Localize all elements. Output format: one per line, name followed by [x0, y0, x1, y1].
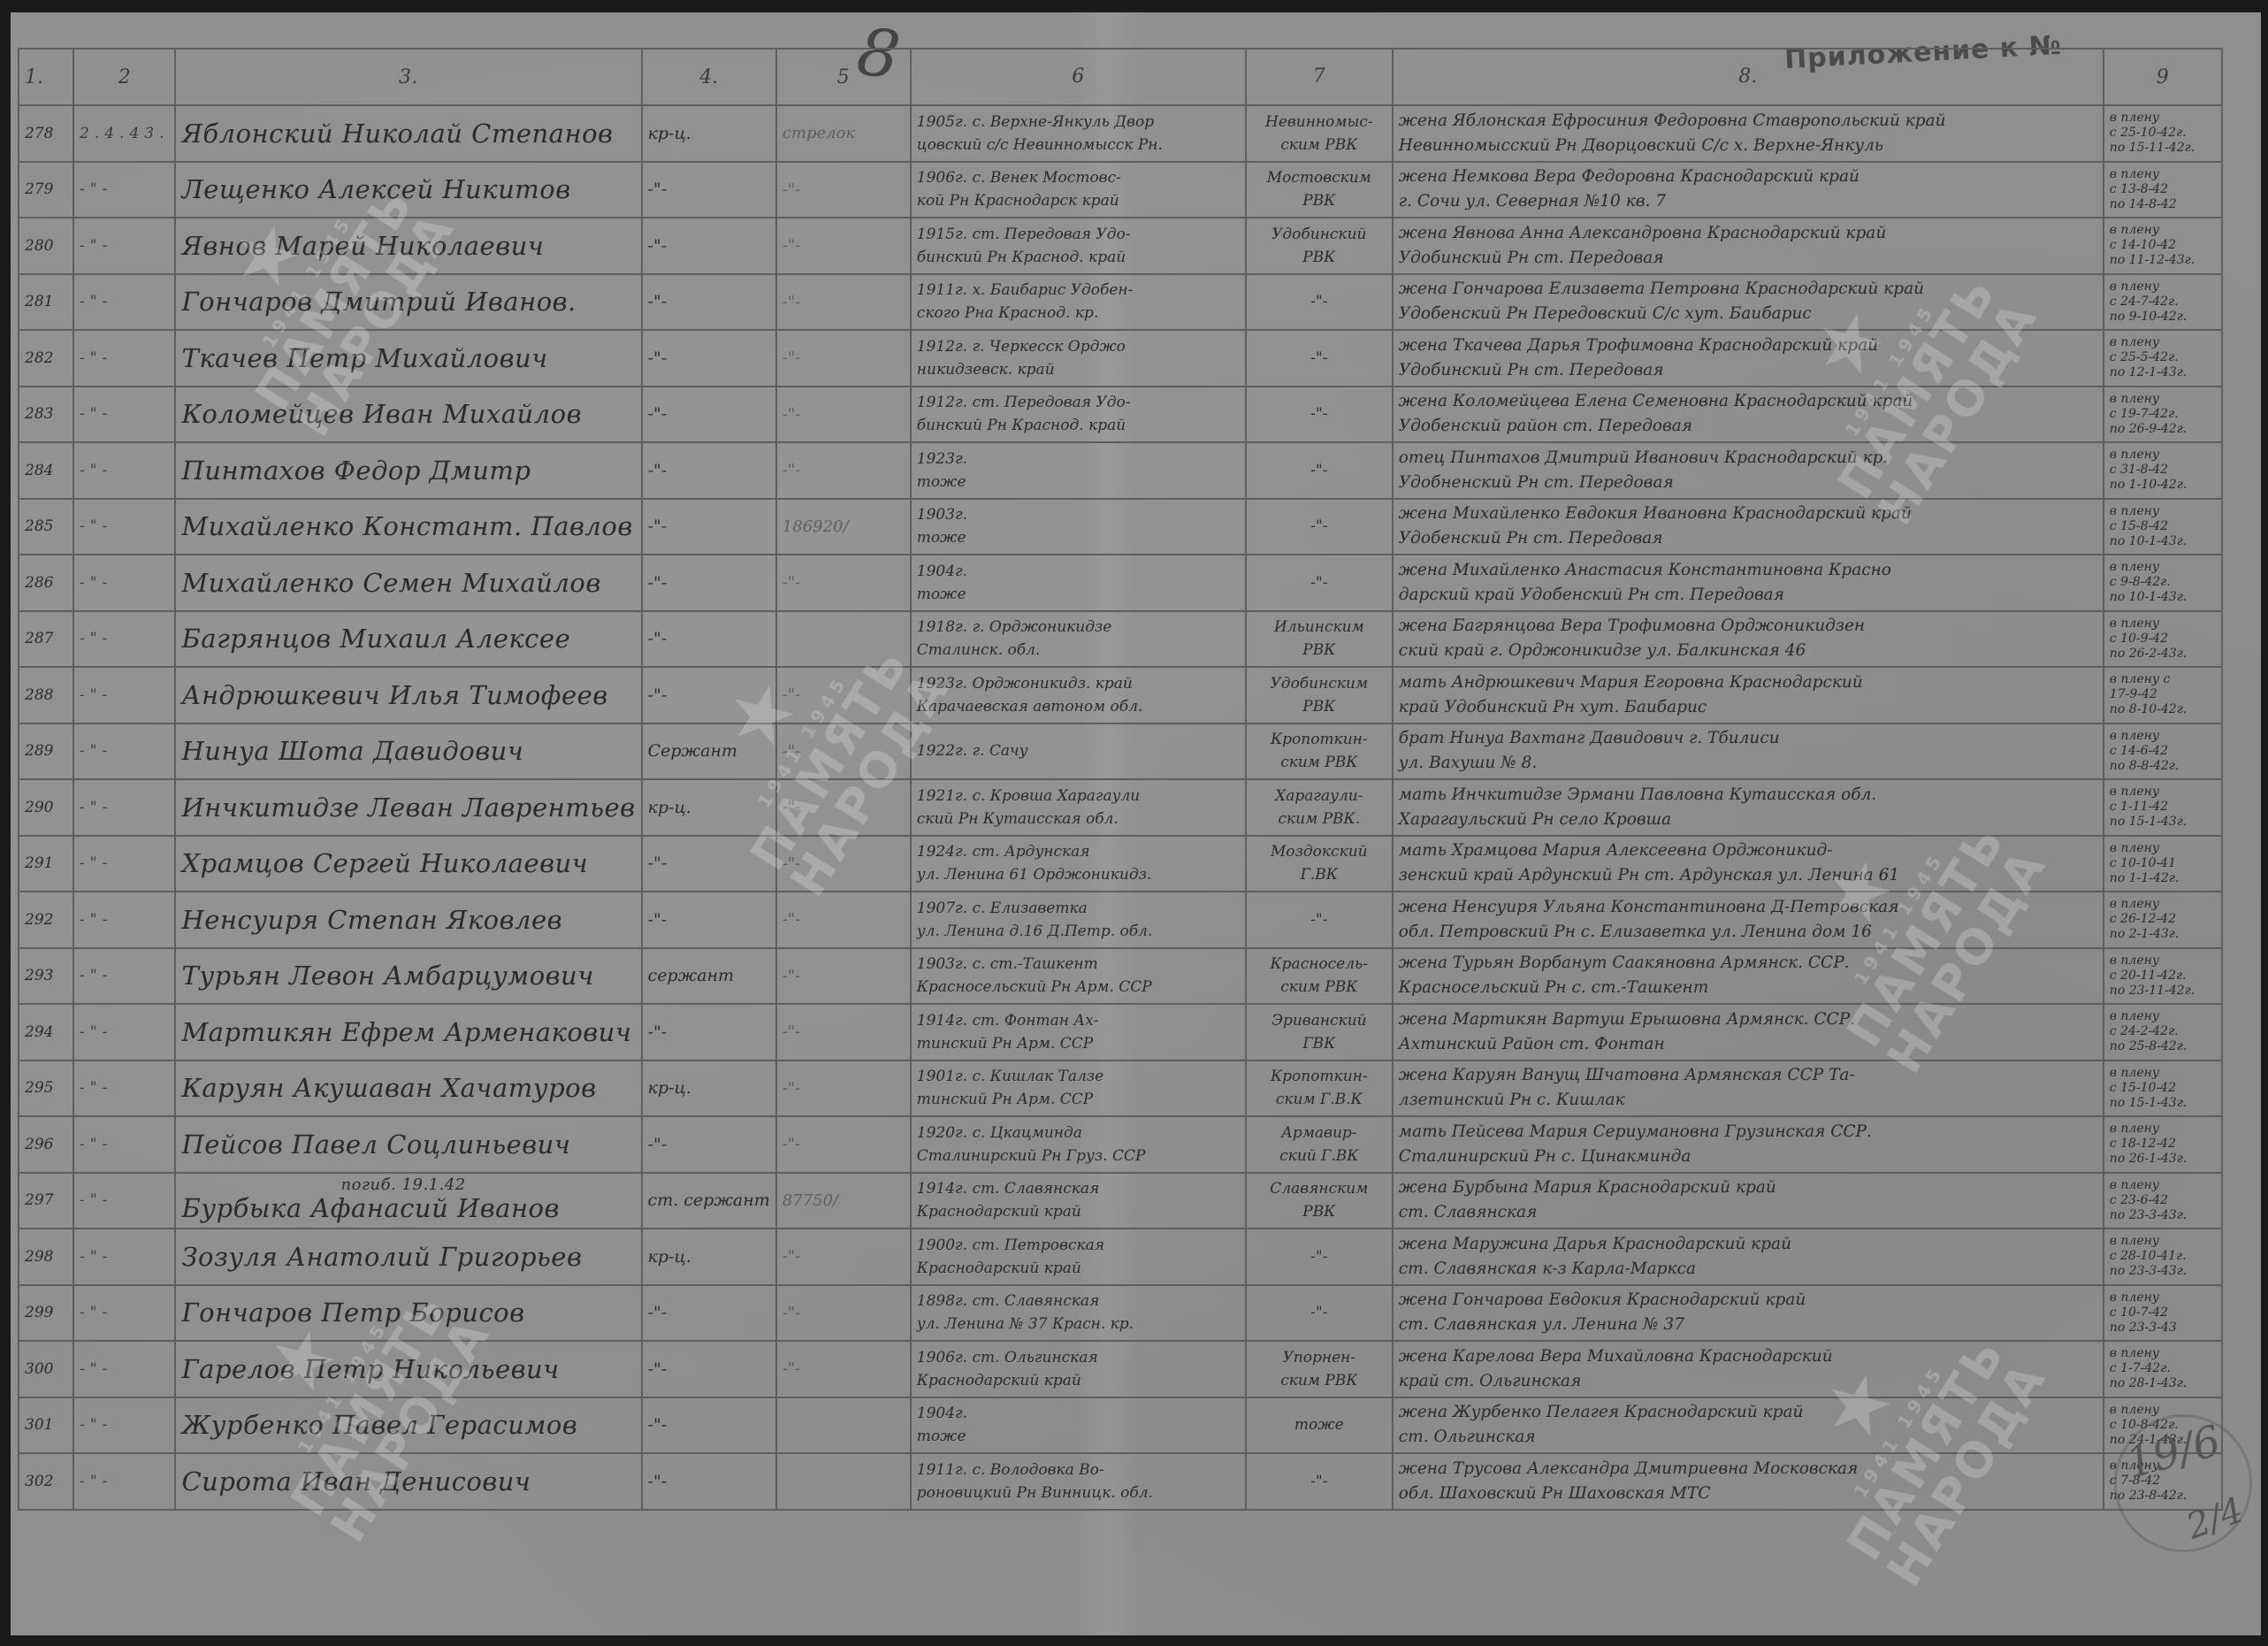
captivity-period-line: по 1-1-42г.: [2110, 871, 2216, 886]
captivity-period: в пленус 31-8-42по 1-10-42г.: [2104, 442, 2222, 499]
family-address-line: ский край г. Орджоникидзе ул. Балкинская…: [1399, 639, 2097, 663]
row-number: 279: [19, 162, 73, 218]
drafted-by-rvk: УдобинскийРВК: [1246, 218, 1393, 274]
birth-year-place: 1924г. ст. Ардунскаяул. Ленина 61 Орджон…: [911, 836, 1246, 892]
col-header-7: 7: [1246, 49, 1393, 105]
return-date: -"-: [73, 836, 175, 892]
family-address-line: зенский край Ардунский Рн ст. Ардунская …: [1399, 863, 2097, 888]
drafted-by-rvk-line: РВК: [1252, 189, 1386, 212]
position-or-record: -"-: [776, 555, 911, 611]
position-or-record: -"-: [776, 1060, 911, 1117]
family-address: мать Инчкитидзе Эрмани Павловна Кутаисск…: [1393, 779, 2104, 836]
birth-year-place-line: тоже: [917, 526, 1240, 549]
military-rank: -"-: [642, 387, 776, 443]
soldier-name: Гарелов Петр Никольевич: [175, 1341, 641, 1397]
return-date: -"-: [73, 1397, 175, 1454]
captivity-period-line: с 13-8-42: [2110, 182, 2216, 197]
family-address-line: г. Сочи ул. Северная №10 кв. 7: [1399, 189, 2097, 214]
captivity-period-line: в плену: [2110, 1122, 2216, 1137]
family-address: жена Ненсуиря Ульяна Константиновна Д-Пе…: [1393, 892, 2104, 948]
birth-year-place-line: 1920г. с. Цкацминда: [917, 1122, 1240, 1145]
birth-year-place-line: тоже: [917, 583, 1240, 606]
birth-year-place-line: 1918г. г. Орджоникидзе: [917, 616, 1240, 639]
column-number-row: 1. 2 3. 4. 5 6 7 8. 9: [19, 49, 2222, 105]
drafted-by-rvk-line: Моздокский: [1252, 840, 1386, 863]
family-address-line: лзетинский Рн с. Кишлак: [1399, 1088, 2097, 1113]
drafted-by-rvk: -"-: [1246, 1453, 1393, 1510]
birth-year-place-line: Краснодарский край: [917, 1257, 1240, 1280]
captivity-period-line: по 25-8-42г.: [2110, 1039, 2216, 1054]
birth-year-place: 1904г.тоже: [911, 1397, 1246, 1454]
captivity-period-line: в плену: [2110, 729, 2216, 744]
position-or-record: [776, 1453, 911, 1510]
soldier-name-text: Каруян Акушаван Хачатуров: [181, 1073, 596, 1103]
drafted-by-rvk-line: РВК: [1252, 246, 1386, 269]
soldier-name-text: Андрюшкевич Илья Тимофеев: [181, 680, 607, 710]
return-date: -"-: [73, 948, 175, 1005]
birth-year-place: 1914г. ст. Фонтан Ах-тинский Рн Арм. ССР: [911, 1004, 1246, 1060]
position-or-record: -"-: [776, 892, 911, 948]
table-row: 279-"-Лещенко Алексей Никитов-"--"-1906г…: [19, 162, 2222, 218]
military-rank: кр-ц.: [642, 1229, 776, 1285]
birth-year-place: 1898г. ст. Славянскаяул. Ленина № 37 Кра…: [911, 1285, 1246, 1342]
drafted-by-rvk: -"-: [1246, 330, 1393, 387]
military-rank: -"-: [642, 1341, 776, 1397]
family-address-line: ст. Славянская ул. Ленина № 37: [1399, 1313, 2097, 1337]
birth-year-place-line: ул. Ленина д.16 Д.Петр. обл.: [917, 920, 1240, 943]
birth-year-place-line: Сталинирский Рн Груз. ССР: [917, 1145, 1240, 1168]
family-address: жена Ткачева Дарья Трофимовна Краснодарс…: [1393, 330, 2104, 387]
captivity-period: в пленус 28-10-41г.по 23-3-43г.: [2104, 1229, 2222, 1285]
family-address-line: край ст. Ольгинская: [1399, 1369, 2097, 1394]
captivity-period-line: по 28-1-43г.: [2110, 1376, 2216, 1391]
captivity-period: в плену с17-9-42по 8-10-42г.: [2104, 667, 2222, 723]
soldier-name-text: Ткачев Петр Михайлович: [181, 343, 547, 373]
family-address-line: жена Яблонская Ефросиния Федоровна Ставр…: [1399, 109, 2097, 134]
captivity-period-line: в плену: [2110, 897, 2216, 912]
captivity-period-line: по 26-1-43г.: [2110, 1152, 2216, 1167]
birth-year-place-line: ул. Ленина 61 Орджоникидз.: [917, 863, 1240, 886]
captivity-period: в пленус 25-10-42г.по 15-11-42г.: [2104, 105, 2222, 162]
register-body: 2782.4.43.Яблонский Николай Степановкр-ц…: [19, 105, 2222, 1510]
captivity-period-line: с 10-7-42: [2110, 1305, 2216, 1321]
captivity-period-line: в плену: [2110, 953, 2216, 968]
position-or-record: -"-: [776, 330, 911, 387]
military-rank: ст. сержант: [642, 1173, 776, 1229]
birth-year-place: 1905г. с. Верхне-Янкуль Дворцовский с/с …: [911, 105, 1246, 162]
table-row: 298-"-Зозуля Анатолий Григорьевкр-ц.-"-1…: [19, 1229, 2222, 1285]
birth-year-place: 1901г. с. Кишлак Талзетинский Рн Арм. СС…: [911, 1060, 1246, 1117]
birth-year-place-line: кой Рн Краснодарск край: [917, 189, 1240, 212]
military-rank: -"-: [642, 1285, 776, 1342]
soldier-name-text: Журбенко Павел Герасимов: [181, 1410, 577, 1440]
family-address: жена Журбенко Пелагея Краснодарский край…: [1393, 1397, 2104, 1454]
col-header-4: 4.: [642, 49, 776, 105]
family-address-line: дарский край Удобенский Рн ст. Передовая: [1399, 583, 2097, 608]
birth-year-place-line: 1903г.: [917, 503, 1240, 526]
position-or-record: -"-: [776, 1341, 911, 1397]
military-rank: -"-: [642, 1004, 776, 1060]
drafted-by-rvk: Невинномыс-ским РВК: [1246, 105, 1393, 162]
birth-year-place-line: Сталинск. обл.: [917, 639, 1240, 662]
family-address: жена Гончарова Елизавета Петровна Красно…: [1393, 274, 2104, 331]
captivity-period-line: с 18-12-42: [2110, 1137, 2216, 1152]
drafted-by-rvk: УдобинскимРВК: [1246, 667, 1393, 723]
military-rank: -"-: [642, 442, 776, 499]
drafted-by-rvk: -"-: [1246, 1285, 1393, 1342]
drafted-by-rvk-line: Ильинским: [1252, 616, 1386, 639]
family-address: жена Явнова Анна Александровна Краснодар…: [1393, 218, 2104, 274]
captivity-period-line: в плену: [2110, 111, 2216, 126]
family-address-line: обл. Шаховский Рн Шаховская МТС: [1399, 1481, 2097, 1506]
captivity-period-line: с 10-9-42: [2110, 632, 2216, 647]
soldier-name-text: Явнов Марей Николаевич: [181, 231, 544, 261]
captivity-period-line: с 10-10-41: [2110, 856, 2216, 871]
captivity-period-line: в плену: [2110, 392, 2216, 407]
captivity-period-line: по 14-8-42: [2110, 197, 2216, 212]
captivity-period-line: с 24-7-42г.: [2110, 295, 2216, 310]
row-number: 284: [19, 442, 73, 499]
soldier-name-text: Храмцов Сергей Николаевич: [181, 848, 588, 878]
soldier-name: Гончаров Петр Борисов: [175, 1285, 641, 1342]
position-or-record: [776, 1397, 911, 1454]
table-row: 293-"-Турьян Левон Амбарцумовичсержант-"…: [19, 948, 2222, 1005]
birth-year-place-line: 1914г. ст. Фонтан Ах-: [917, 1009, 1240, 1032]
captivity-period-line: с 28-10-41г.: [2110, 1249, 2216, 1264]
return-date: -"-: [73, 499, 175, 555]
drafted-by-rvk-line: РВК: [1252, 695, 1386, 718]
family-address-line: жена Ткачева Дарья Трофимовна Краснодарс…: [1399, 333, 2097, 358]
captivity-period-line: в плену: [2110, 167, 2216, 182]
family-address-line: жена Журбенко Пелагея Краснодарский край: [1399, 1400, 2097, 1425]
return-date: -"-: [73, 1173, 175, 1229]
captivity-period-line: в плену: [2110, 1009, 2216, 1024]
captivity-period-line: с 24-2-42г.: [2110, 1024, 2216, 1039]
captivity-period: в пленус 9-8-42г.по 10-1-43г.: [2104, 555, 2222, 611]
family-address-line: жена Михайленко Анастасия Константиновна…: [1399, 558, 2097, 583]
birth-year-place-line: 1921г. с. Кровша Харагаули: [917, 785, 1240, 808]
soldier-name-text: Лещенко Алексей Никитов: [181, 174, 570, 204]
soldier-name: Лещенко Алексей Никитов: [175, 162, 641, 218]
birth-year-place-line: роновицкий Рн Винницк. обл.: [917, 1481, 1240, 1504]
soldier-name-text: Гончаров Петр Борисов: [181, 1298, 524, 1328]
soldier-name-text: Яблонский Николай Степанов: [181, 119, 613, 149]
birth-year-place-line: никидзевск. край: [917, 358, 1240, 381]
birth-year-place: 1903г.тоже: [911, 499, 1246, 555]
drafted-by-rvk-line: тоже: [1252, 1413, 1386, 1436]
birth-year-place-line: тоже: [917, 471, 1240, 494]
position-or-record: -"-: [776, 836, 911, 892]
captivity-period-line: в плену: [2110, 841, 2216, 856]
birth-year-place-line: Краснодарский край: [917, 1200, 1240, 1223]
captivity-period-line: в плену: [2110, 504, 2216, 519]
birth-year-place: 1920г. с. ЦкацминдаСталинирский Рн Груз.…: [911, 1116, 1246, 1173]
captivity-period-line: с 25-10-42г.: [2110, 126, 2216, 141]
captivity-period-line: по 23-3-43: [2110, 1321, 2216, 1336]
drafted-by-rvk-line: РВК: [1252, 1200, 1386, 1223]
row-number: 289: [19, 723, 73, 780]
drafted-by-rvk-line: Славянским: [1252, 1177, 1386, 1200]
return-date: -"-: [73, 218, 175, 274]
family-address-line: Удобенский Рн ст. Передовая: [1399, 526, 2097, 551]
drafted-by-rvk-line: Кропоткин-: [1252, 1065, 1386, 1088]
military-rank: -"-: [642, 162, 776, 218]
captivity-period-line: в плену: [2110, 1403, 2216, 1418]
birth-year-place-line: 1900г. ст. Петровская: [917, 1234, 1240, 1257]
soldier-name: Нинуа Шота Давидович: [175, 723, 641, 780]
birth-year-place-line: 1907г. с. Елизаветка: [917, 897, 1240, 920]
birth-year-place-line: Красносельский Рн Арм. ССР: [917, 976, 1240, 999]
drafted-by-rvk-line: Удобинский: [1252, 223, 1386, 246]
military-rank: -"-: [642, 274, 776, 331]
return-date: -"-: [73, 892, 175, 948]
captivity-period-line: по 11-12-43г.: [2110, 253, 2216, 268]
captivity-period: в пленус 1-11-42по 15-1-43г.: [2104, 779, 2222, 836]
soldier-name: Инчкитидзе Леван Лаврентьев: [175, 779, 641, 836]
soldier-name: Ненсуиря Степан Яковлев: [175, 892, 641, 948]
drafted-by-rvk: ЭриванскийГВК: [1246, 1004, 1393, 1060]
position-or-record: -"-: [776, 948, 911, 1005]
col-header-2: 2: [73, 49, 175, 105]
return-date: -"-: [73, 723, 175, 780]
birth-year-place-line: 1912г. г. Черкесск Орджо: [917, 335, 1240, 358]
family-address-line: мать Андрюшкевич Мария Егоровна Краснода…: [1399, 670, 2097, 695]
birth-year-place-line: 1922г. г. Сачу: [917, 739, 1240, 762]
col-header-8: 8.: [1393, 49, 2104, 105]
family-address: жена Михайленко Анастасия Константиновна…: [1393, 555, 2104, 611]
captivity-period-line: в плену: [2110, 560, 2216, 575]
military-rank: -"-: [642, 1453, 776, 1510]
military-rank: -"-: [642, 892, 776, 948]
captivity-period-line: по 10-1-43г.: [2110, 590, 2216, 605]
return-date: -"-: [73, 274, 175, 331]
captivity-period-line: по 8-10-42г.: [2110, 702, 2216, 717]
captivity-period: в пленус 10-7-42по 23-3-43: [2104, 1285, 2222, 1342]
return-date: -"-: [73, 779, 175, 836]
family-address-line: жена Каруян Ванущ Шчатовна Армянская ССР…: [1399, 1063, 2097, 1088]
captivity-period-line: по 15-1-43г.: [2110, 815, 2216, 830]
family-address-line: жена Багрянцова Вера Трофимовна Орджоник…: [1399, 614, 2097, 639]
birth-year-place-line: тинский Рн Арм. ССР: [917, 1032, 1240, 1055]
return-date: -"-: [73, 330, 175, 387]
drafted-by-rvk-line: ский Г.ВК: [1252, 1145, 1386, 1168]
captivity-period: в пленус 24-2-42г.по 25-8-42г.: [2104, 1004, 2222, 1060]
family-address-line: обл. Петровский Рн с. Елизаветка ул. Лен…: [1399, 920, 2097, 945]
family-address-line: брат Нинуа Вахтанг Давидович г. Тбилиси: [1399, 726, 2097, 751]
family-address-line: жена Мартикян Вартуш Ерышовна Армянск. С…: [1399, 1007, 2097, 1032]
return-date: -"-: [73, 611, 175, 668]
captivity-period: в пленус 26-12-42по 2-1-43г.: [2104, 892, 2222, 948]
drafted-by-rvk-line: ским РВК.: [1252, 808, 1386, 831]
birth-year-place-line: 1911г. х. Баибарис Удобен-: [917, 279, 1240, 302]
soldier-name-text: Михайленко Констант. Павлов: [181, 511, 632, 541]
birth-year-place: 1906г. ст. ОльгинскаяКраснодарский край: [911, 1341, 1246, 1397]
captivity-period: в пленус 15-10-42по 15-1-43г.: [2104, 1060, 2222, 1117]
table-row: 297-"-погиб. 19.1.42Бурбыка Афанасий Ива…: [19, 1173, 2222, 1229]
drafted-by-rvk-line: ским Г.В.К: [1252, 1088, 1386, 1111]
captivity-period-line: в плену: [2110, 616, 2216, 632]
soldier-name: Явнов Марей Николаевич: [175, 218, 641, 274]
table-row: 294-"-Мартикян Ефрем Арменакович-"--"-19…: [19, 1004, 2222, 1060]
captivity-period-line: с 26-12-42: [2110, 912, 2216, 927]
family-address-line: жена Гончарова Елизавета Петровна Красно…: [1399, 277, 2097, 302]
birth-year-place: 1918г. г. ОрджоникидзеСталинск. обл.: [911, 611, 1246, 668]
return-date: -"-: [73, 555, 175, 611]
drafted-by-rvk-line: Удобинским: [1252, 672, 1386, 695]
return-date: -"-: [73, 1060, 175, 1117]
captivity-period-line: по 26-9-42г.: [2110, 422, 2216, 437]
captivity-period: в пленус 24-7-42г.по 9-10-42г.: [2104, 274, 2222, 331]
birth-year-place: 1921г. с. Кровша Харагаулиский Рн Кутаис…: [911, 779, 1246, 836]
archive-seal: [2114, 1414, 2252, 1552]
drafted-by-rvk: тоже: [1246, 1397, 1393, 1454]
captivity-period-line: в плену: [2110, 448, 2216, 463]
soldier-name: Михайленко Констант. Павлов: [175, 499, 641, 555]
family-address: жена Бурбына Мария Краснодарский крайст.…: [1393, 1173, 2104, 1229]
drafted-by-rvk-line: ГВК: [1252, 1032, 1386, 1055]
drafted-by-rvk-line: -"-: [1252, 459, 1386, 482]
drafted-by-rvk: Харагаули-ским РВК.: [1246, 779, 1393, 836]
table-row: 295-"-Каруян Акушаван Хачатуровкр-ц.-"-1…: [19, 1060, 2222, 1117]
birth-year-place-line: цовский с/с Невинномысск Рн.: [917, 134, 1240, 157]
family-address: жена Немкова Вера Федоровна Краснодарски…: [1393, 162, 2104, 218]
birth-year-place-line: 1906г. с. Венек Мостовс-: [917, 166, 1240, 189]
family-address: жена Коломейцева Елена Семеновна Краснод…: [1393, 387, 2104, 443]
position-or-record: -"-: [776, 667, 911, 723]
drafted-by-rvk: Армавир-ский Г.ВК: [1246, 1116, 1393, 1173]
family-address-line: Невинномысский Рн Дворцовский С/с х. Вер…: [1399, 134, 2097, 158]
table-row: 300-"-Гарелов Петр Никольевич-"--"-1906г…: [19, 1341, 2222, 1397]
captivity-period-line: по 8-8-42г.: [2110, 759, 2216, 774]
family-address: мать Пейсева Мария Сериумановна Грузинск…: [1393, 1116, 2104, 1173]
family-address: жена Каруян Ванущ Шчатовна Армянская ССР…: [1393, 1060, 2104, 1117]
soldier-name-text: Турьян Левон Амбарцумович: [181, 961, 593, 991]
captivity-period: в пленус 14-6-42по 8-8-42г.: [2104, 723, 2222, 780]
position-or-record: -"-: [776, 162, 911, 218]
family-address-line: жена Маружина Дарья Краснодарский край: [1399, 1232, 2097, 1257]
captivity-period-line: в плену: [2110, 223, 2216, 238]
position-or-record: -"-: [776, 723, 911, 780]
row-number: 287: [19, 611, 73, 668]
drafted-by-rvk-line: -"-: [1252, 347, 1386, 370]
return-date: -"-: [73, 1341, 175, 1397]
family-address-line: Сталинирский Рн с. Цинакминда: [1399, 1145, 2097, 1169]
birth-year-place-line: 1911г. с. Володовка Во-: [917, 1458, 1240, 1481]
captivity-period: в пленус 14-10-42по 11-12-43г.: [2104, 218, 2222, 274]
row-number: 291: [19, 836, 73, 892]
military-rank: Сержант: [642, 723, 776, 780]
family-address-line: Харагаульский Рн село Кровша: [1399, 808, 2097, 832]
family-address: жена Мартикян Вартуш Ерышовна Армянск. С…: [1393, 1004, 2104, 1060]
family-address: жена Яблонская Ефросиния Федоровна Ставр…: [1393, 105, 2104, 162]
position-or-record: [776, 611, 911, 668]
position-or-record: -"-: [776, 1285, 911, 1342]
soldier-name: Турьян Левон Амбарцумович: [175, 948, 641, 1005]
birth-year-place-line: 1924г. ст. Ардунская: [917, 840, 1240, 863]
military-rank: -"-: [642, 667, 776, 723]
drafted-by-rvk-line: Г.ВК: [1252, 863, 1386, 886]
soldier-name-text: Гончаров Дмитрий Иванов.: [181, 287, 576, 317]
captivity-period-line: по 23-3-43г.: [2110, 1208, 2216, 1223]
row-number: 280: [19, 218, 73, 274]
soldier-name: Мартикян Ефрем Арменакович: [175, 1004, 641, 1060]
birth-year-place-line: 1914г. ст. Славянская: [917, 1177, 1240, 1200]
birth-year-place-line: 1903г. с. ст.-Ташкент: [917, 953, 1240, 976]
drafted-by-rvk: -"-: [1246, 499, 1393, 555]
return-date: -"-: [73, 1229, 175, 1285]
military-rank: -"-: [642, 836, 776, 892]
return-date: 2.4.43.: [73, 105, 175, 162]
drafted-by-rvk: -"-: [1246, 892, 1393, 948]
soldier-name: Зозуля Анатолий Григорьев: [175, 1229, 641, 1285]
drafted-by-rvk-line: -"-: [1252, 1245, 1386, 1268]
family-address-line: мать Инчкитидзе Эрмани Павловна Кутаисск…: [1399, 783, 2097, 808]
drafted-by-rvk-line: Харагаули-: [1252, 785, 1386, 808]
family-address-line: жена Коломейцева Елена Семеновна Краснод…: [1399, 389, 2097, 414]
register-table: 1. 2 3. 4. 5 6 7 8. 9 2782.4.43.Яблонски…: [18, 48, 2223, 1511]
drafted-by-rvk: -"-: [1246, 387, 1393, 443]
birth-year-place-line: 1906г. ст. Ольгинская: [917, 1346, 1240, 1369]
birth-year-place-line: 1905г. с. Верхне-Янкуль Двор: [917, 111, 1240, 134]
position-or-record: -"-: [776, 274, 911, 331]
table-row: 284-"-Пинтахов Федор Дмитр-"--"-1923г.то…: [19, 442, 2222, 499]
soldier-name-text: Багрянцов Михаил Алексее: [181, 624, 570, 654]
return-date: -"-: [73, 667, 175, 723]
family-address: отец Пинтахов Дмитрий Иванович Краснодар…: [1393, 442, 2104, 499]
captivity-period-line: в плену с: [2110, 672, 2216, 687]
position-or-record: 186920/: [776, 499, 911, 555]
family-address-line: отец Пинтахов Дмитрий Иванович Краснодар…: [1399, 446, 2097, 471]
soldier-name: Михайленко Семен Михайлов: [175, 555, 641, 611]
table-row: 282-"-Ткачев Петр Михайлович-"--"-1912г.…: [19, 330, 2222, 387]
table-row: 290-"-Инчкитидзе Леван Лаврентьевкр-ц.-"…: [19, 779, 2222, 836]
birth-year-place-line: ского Рна Краснод. кр.: [917, 302, 1240, 325]
col-header-1: 1.: [19, 49, 73, 105]
birth-year-place-line: 1923г. Орджоникидз. край: [917, 672, 1240, 695]
return-date: -"-: [73, 1453, 175, 1510]
captivity-period-line: 17-9-42: [2110, 687, 2216, 702]
drafted-by-rvk: Красносель-ским РВК: [1246, 948, 1393, 1005]
family-address-line: Ахтинский Район ст. Фонтан: [1399, 1032, 2097, 1057]
family-address-line: жена Трусова Александра Дмитриевна Моско…: [1399, 1457, 2097, 1481]
drafted-by-rvk-line: Кропоткин-: [1252, 728, 1386, 751]
family-address-line: Красносельский Рн с. ст.-Ташкент: [1399, 976, 2097, 1000]
family-address-line: жена Бурбына Мария Краснодарский край: [1399, 1175, 2097, 1200]
drafted-by-rvk-line: -"-: [1252, 402, 1386, 425]
table-row: 296-"-Пейсов Павел Соцлиньевич-"--"-1920…: [19, 1116, 2222, 1173]
family-address-line: ст. Ольгинская: [1399, 1425, 2097, 1450]
captivity-period: в пленус 25-5-42г.по 12-1-43г.: [2104, 330, 2222, 387]
captivity-period-line: с 25-5-42г.: [2110, 350, 2216, 365]
soldier-name-text: Ненсуиря Степан Яковлев: [181, 905, 562, 935]
family-address-line: Удобенский район ст. Передовая: [1399, 414, 2097, 439]
table-row: 302-"-Сирота Иван Денисович-"-1911г. с. …: [19, 1453, 2222, 1510]
captivity-period-line: по 12-1-43г.: [2110, 365, 2216, 380]
soldier-name: Андрюшкевич Илья Тимофеев: [175, 667, 641, 723]
captivity-period-line: по 26-2-43г.: [2110, 647, 2216, 662]
military-rank: -"-: [642, 1397, 776, 1454]
drafted-by-rvk: Кропоткин-ским РВК: [1246, 723, 1393, 780]
drafted-by-rvk: -"-: [1246, 1229, 1393, 1285]
captivity-period-line: в плену: [2110, 279, 2216, 295]
birth-year-place: 1923г.тоже: [911, 442, 1246, 499]
return-date: -"-: [73, 1285, 175, 1342]
military-rank: -"-: [642, 218, 776, 274]
military-rank: сержант: [642, 948, 776, 1005]
soldier-name: Коломейцев Иван Михайлов: [175, 387, 641, 443]
soldier-name: Ткачев Петр Михайлович: [175, 330, 641, 387]
captivity-period-line: в плену: [2110, 785, 2216, 800]
